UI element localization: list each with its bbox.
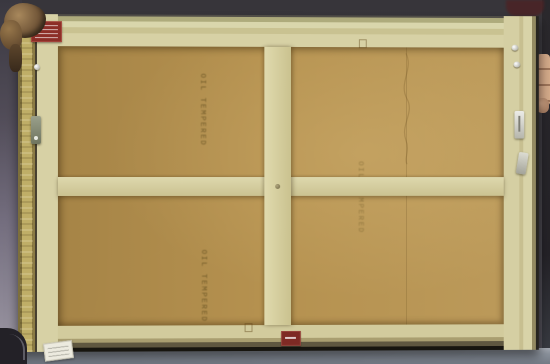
frame-right-rail [504, 16, 539, 350]
oil-tempered-stamp: OIL TEMPERED [351, 161, 364, 246]
picture-frame-back: OIL TEMPERED OIL TEMPERED OIL TEMPERED [18, 14, 539, 352]
hanging-plate-left [31, 116, 41, 144]
staple-mark [245, 323, 253, 332]
pencil-scribble [394, 49, 419, 166]
oil-tempered-stamp: OIL TEMPERED [193, 73, 206, 151]
photo-back-of-framed-painting: OIL TEMPERED OIL TEMPERED OIL TEMPERED [0, 0, 550, 364]
holder-sleeve [506, 0, 544, 16]
gilt-corner-ornament [0, 0, 52, 66]
frame-top-rail [18, 14, 539, 48]
staple-mark [359, 39, 367, 48]
screw [513, 62, 520, 68]
crossbar-screw [275, 184, 280, 189]
ornament-tail [9, 44, 22, 72]
white-label-bottom-left [43, 340, 74, 361]
oil-tempered-stamp: OIL TEMPERED [194, 250, 207, 326]
frame-bottom-rail [18, 324, 539, 352]
hanging-plate-right-upper [514, 111, 524, 139]
screw [512, 45, 519, 51]
red-label-bottom-center [281, 331, 301, 346]
